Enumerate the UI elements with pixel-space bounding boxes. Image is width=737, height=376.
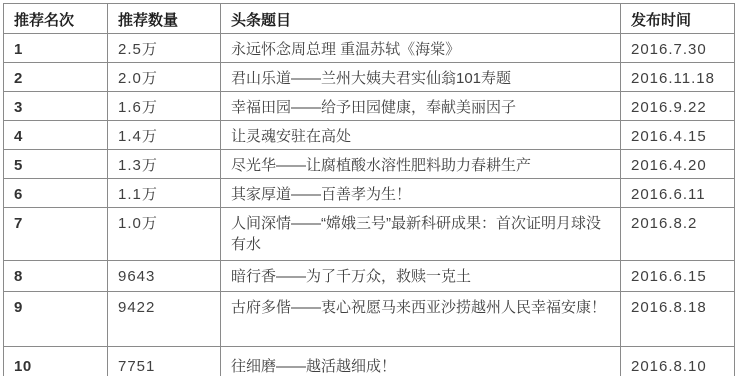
column-header-count: 推荐数量 bbox=[108, 4, 221, 34]
column-header-title: 头条题目 bbox=[221, 4, 621, 34]
rank-cell: 5 bbox=[4, 150, 108, 179]
date-cell: 2016.4.20 bbox=[621, 150, 735, 179]
table-row: 2 2.0万 君山乐道——兰州大姨夫君实仙翁101寿题 2016.11.18 bbox=[4, 63, 735, 92]
date-cell: 2016.7.30 bbox=[621, 34, 735, 63]
column-header-rank: 推荐名次 bbox=[4, 4, 108, 34]
table-row: 8 9643 暗行香——为了千万众，救赎一克土 2016.6.15 bbox=[4, 261, 735, 292]
count-cell: 2.5万 bbox=[108, 34, 221, 63]
date-cell: 2016.11.18 bbox=[621, 63, 735, 92]
title-cell: 古府多偕——衷心祝愿马来西亚沙捞越州人民幸福安康！ bbox=[221, 292, 621, 347]
rank-cell: 9 bbox=[4, 292, 108, 347]
table-row: 6 1.1万 其家厚道——百善孝为生！ 2016.6.11 bbox=[4, 179, 735, 208]
title-cell: 往细磨——越活越细成！ bbox=[221, 347, 621, 376]
rank-cell: 10 bbox=[4, 347, 108, 376]
count-cell: 9422 bbox=[108, 292, 221, 347]
headline-ranking-table: 推荐名次 推荐数量 头条题目 发布时间 1 2.5万 永远怀念周总理 重温苏轼《… bbox=[3, 3, 735, 376]
table-row: 10 7751 往细磨——越活越细成！ 2016.8.10 bbox=[4, 347, 735, 376]
table-row: 7 1.0万 人间深情——“嫦娥三号”最新科研成果：首次证明月球没有水 2016… bbox=[4, 208, 735, 261]
date-cell: 2016.9.22 bbox=[621, 92, 735, 121]
title-cell: 其家厚道——百善孝为生！ bbox=[221, 179, 621, 208]
table-header-row: 推荐名次 推荐数量 头条题目 发布时间 bbox=[4, 4, 735, 34]
column-header-date: 发布时间 bbox=[621, 4, 735, 34]
page: 推荐名次 推荐数量 头条题目 发布时间 1 2.5万 永远怀念周总理 重温苏轼《… bbox=[0, 0, 737, 376]
date-cell: 2016.4.15 bbox=[621, 121, 735, 150]
title-cell: 暗行香——为了千万众，救赎一克土 bbox=[221, 261, 621, 292]
count-cell: 1.4万 bbox=[108, 121, 221, 150]
rank-cell: 2 bbox=[4, 63, 108, 92]
count-cell: 1.3万 bbox=[108, 150, 221, 179]
rank-cell: 6 bbox=[4, 179, 108, 208]
table-row: 3 1.6万 幸福田园——给予田园健康，奉献美丽因子 2016.9.22 bbox=[4, 92, 735, 121]
count-cell: 2.0万 bbox=[108, 63, 221, 92]
count-cell: 1.1万 bbox=[108, 179, 221, 208]
date-cell: 2016.8.2 bbox=[621, 208, 735, 261]
title-cell: 尽光华——让腐植酸水溶性肥料助力春耕生产 bbox=[221, 150, 621, 179]
date-cell: 2016.6.15 bbox=[621, 261, 735, 292]
rank-cell: 8 bbox=[4, 261, 108, 292]
rank-cell: 7 bbox=[4, 208, 108, 261]
table-row: 5 1.3万 尽光华——让腐植酸水溶性肥料助力春耕生产 2016.4.20 bbox=[4, 150, 735, 179]
count-cell: 9643 bbox=[108, 261, 221, 292]
table-row: 1 2.5万 永远怀念周总理 重温苏轼《海棠》 2016.7.30 bbox=[4, 34, 735, 63]
rank-cell: 4 bbox=[4, 121, 108, 150]
table-row: 9 9422 古府多偕——衷心祝愿马来西亚沙捞越州人民幸福安康！ 2016.8.… bbox=[4, 292, 735, 347]
rank-cell: 1 bbox=[4, 34, 108, 63]
date-cell: 2016.8.18 bbox=[621, 292, 735, 347]
count-cell: 1.0万 bbox=[108, 208, 221, 261]
title-cell: 永远怀念周总理 重温苏轼《海棠》 bbox=[221, 34, 621, 63]
count-cell: 1.6万 bbox=[108, 92, 221, 121]
rank-cell: 3 bbox=[4, 92, 108, 121]
date-cell: 2016.8.10 bbox=[621, 347, 735, 376]
title-cell: 幸福田园——给予田园健康，奉献美丽因子 bbox=[221, 92, 621, 121]
count-cell: 7751 bbox=[108, 347, 221, 376]
title-cell: 让灵魂安驻在高处 bbox=[221, 121, 621, 150]
table-row: 4 1.4万 让灵魂安驻在高处 2016.4.15 bbox=[4, 121, 735, 150]
title-cell: 君山乐道——兰州大姨夫君实仙翁101寿题 bbox=[221, 63, 621, 92]
date-cell: 2016.6.11 bbox=[621, 179, 735, 208]
title-cell: 人间深情——“嫦娥三号”最新科研成果：首次证明月球没有水 bbox=[221, 208, 621, 261]
